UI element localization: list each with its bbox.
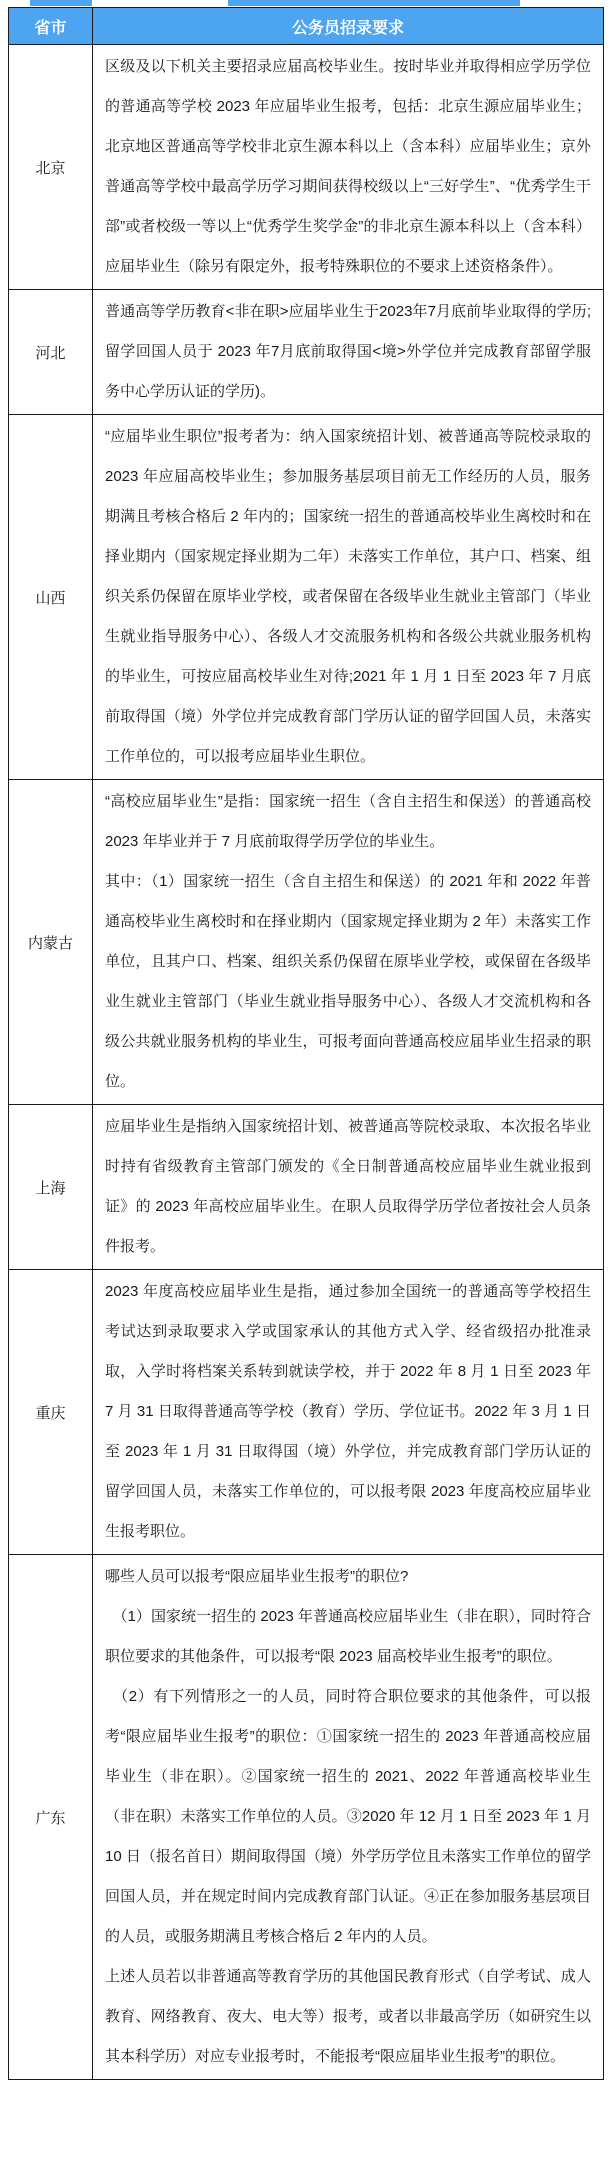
province-cell: 内蒙古 <box>9 780 93 1104</box>
header-province-cell: 省市 <box>9 8 93 44</box>
province-cell: 北京 <box>9 45 93 289</box>
table-row: 北京区级及以下机关主要招录应届高校毕业生。按时毕业并取得相应学历学位的普通高等学… <box>9 44 603 289</box>
requirements-cell: 普通高等学历教育<非在职>应届毕业生于2023年7月底前毕业取得的学历;留学回国… <box>93 290 603 414</box>
requirement-paragraph: 区级及以下机关主要招录应届高校毕业生。按时毕业并取得相应学历学位的普通高等学校 … <box>105 47 591 287</box>
requirement-paragraph: “高校应届毕业生”是指：国家统一招生（含自主招生和保送）的普通高校 2023 年… <box>105 782 591 862</box>
province-label: 重庆 <box>35 1402 65 1423</box>
recruitment-table: 省市 公务员招录要求 北京区级及以下机关主要招录应届高校毕业生。按时毕业并取得相… <box>8 7 604 2080</box>
province-label: 上海 <box>35 1177 65 1198</box>
requirement-paragraph: （2）有下列情形之一的人员，同时符合职位要求的其他条件，可以报考“限应届毕业生报… <box>105 1677 591 1957</box>
header-requirements-cell: 公务员招录要求 <box>93 8 603 44</box>
requirements-cell: “高校应届毕业生”是指：国家统一招生（含自主招生和保送）的普通高校 2023 年… <box>93 780 603 1104</box>
table-row: 山西“应届毕业生职位”报考者为：纳入国家统招计划、被普通高等院校录取的 2023… <box>9 414 603 779</box>
province-cell: 山西 <box>9 415 93 779</box>
province-label: 北京 <box>35 157 65 178</box>
province-label: 内蒙古 <box>28 932 73 953</box>
header-row: 省市 公务员招录要求 <box>9 8 603 44</box>
province-cell: 上海 <box>9 1105 93 1269</box>
requirements-cell: 哪些人员可以报考“限应届毕业生报考”的职位? （1）国家统一招生的 2023 年… <box>93 1555 603 2079</box>
requirements-cell: 区级及以下机关主要招录应届高校毕业生。按时毕业并取得相应学历学位的普通高等学校 … <box>93 45 603 289</box>
province-cell: 广东 <box>9 1555 93 2079</box>
header-province-label: 省市 <box>34 15 66 38</box>
table-body: 北京区级及以下机关主要招录应届高校毕业生。按时毕业并取得相应学历学位的普通高等学… <box>9 44 603 2079</box>
requirement-paragraph: 哪些人员可以报考“限应届毕业生报考”的职位? <box>105 1557 591 1597</box>
table-row: 上海应届毕业生是指纳入国家统招计划、被普通高等院校录取、本次报名毕业时持有省级教… <box>9 1104 603 1269</box>
table-row: 内蒙古“高校应届毕业生”是指：国家统一招生（含自主招生和保送）的普通高校 202… <box>9 779 603 1104</box>
requirements-cell: 2023 年度高校应届毕业生是指，通过参加全国统一的普通高等学校招生考试达到录取… <box>93 1270 603 1554</box>
province-cell: 河北 <box>9 290 93 414</box>
requirement-paragraph: 2023 年度高校应届毕业生是指，通过参加全国统一的普通高等学校招生考试达到录取… <box>105 1272 591 1552</box>
requirement-paragraph: （1）国家统一招生的 2023 年普通高校应届毕业生（非在职），同时符合职位要求… <box>105 1597 591 1677</box>
province-label: 山西 <box>35 587 65 608</box>
requirement-paragraph: 上述人员若以非普通高等教育学历的其他国民教育形式（自学考试、成人教育、网络教育、… <box>105 1957 591 2077</box>
province-label: 广东 <box>35 1807 65 1828</box>
table-row: 河北普通高等学历教育<非在职>应届毕业生于2023年7月底前毕业取得的学历;留学… <box>9 289 603 414</box>
table-row: 重庆2023 年度高校应届毕业生是指，通过参加全国统一的普通高等学校招生考试达到… <box>9 1269 603 1554</box>
requirements-cell: “应届毕业生职位”报考者为：纳入国家统招计划、被普通高等院校录取的 2023 年… <box>93 415 603 779</box>
top-cropped-highlight-right <box>228 0 520 6</box>
requirement-paragraph: “应届毕业生职位”报考者为：纳入国家统招计划、被普通高等院校录取的 2023 年… <box>105 417 591 777</box>
requirements-cell: 应届毕业生是指纳入国家统招计划、被普通高等院校录取、本次报名毕业时持有省级教育主… <box>93 1105 603 1269</box>
header-requirements-label: 公务员招录要求 <box>292 15 404 38</box>
top-cropped-highlight-left <box>30 0 92 6</box>
province-label: 河北 <box>35 342 65 363</box>
requirement-paragraph: 其中：（1）国家统一招生（含自主招生和保送）的 2021 年和 2022 年普通… <box>105 862 591 1102</box>
requirement-paragraph: 应届毕业生是指纳入国家统招计划、被普通高等院校录取、本次报名毕业时持有省级教育主… <box>105 1107 591 1267</box>
province-cell: 重庆 <box>9 1270 93 1554</box>
table-row: 广东哪些人员可以报考“限应届毕业生报考”的职位? （1）国家统一招生的 2023… <box>9 1554 603 2079</box>
requirement-paragraph: 普通高等学历教育<非在职>应届毕业生于2023年7月底前毕业取得的学历;留学回国… <box>105 292 591 412</box>
